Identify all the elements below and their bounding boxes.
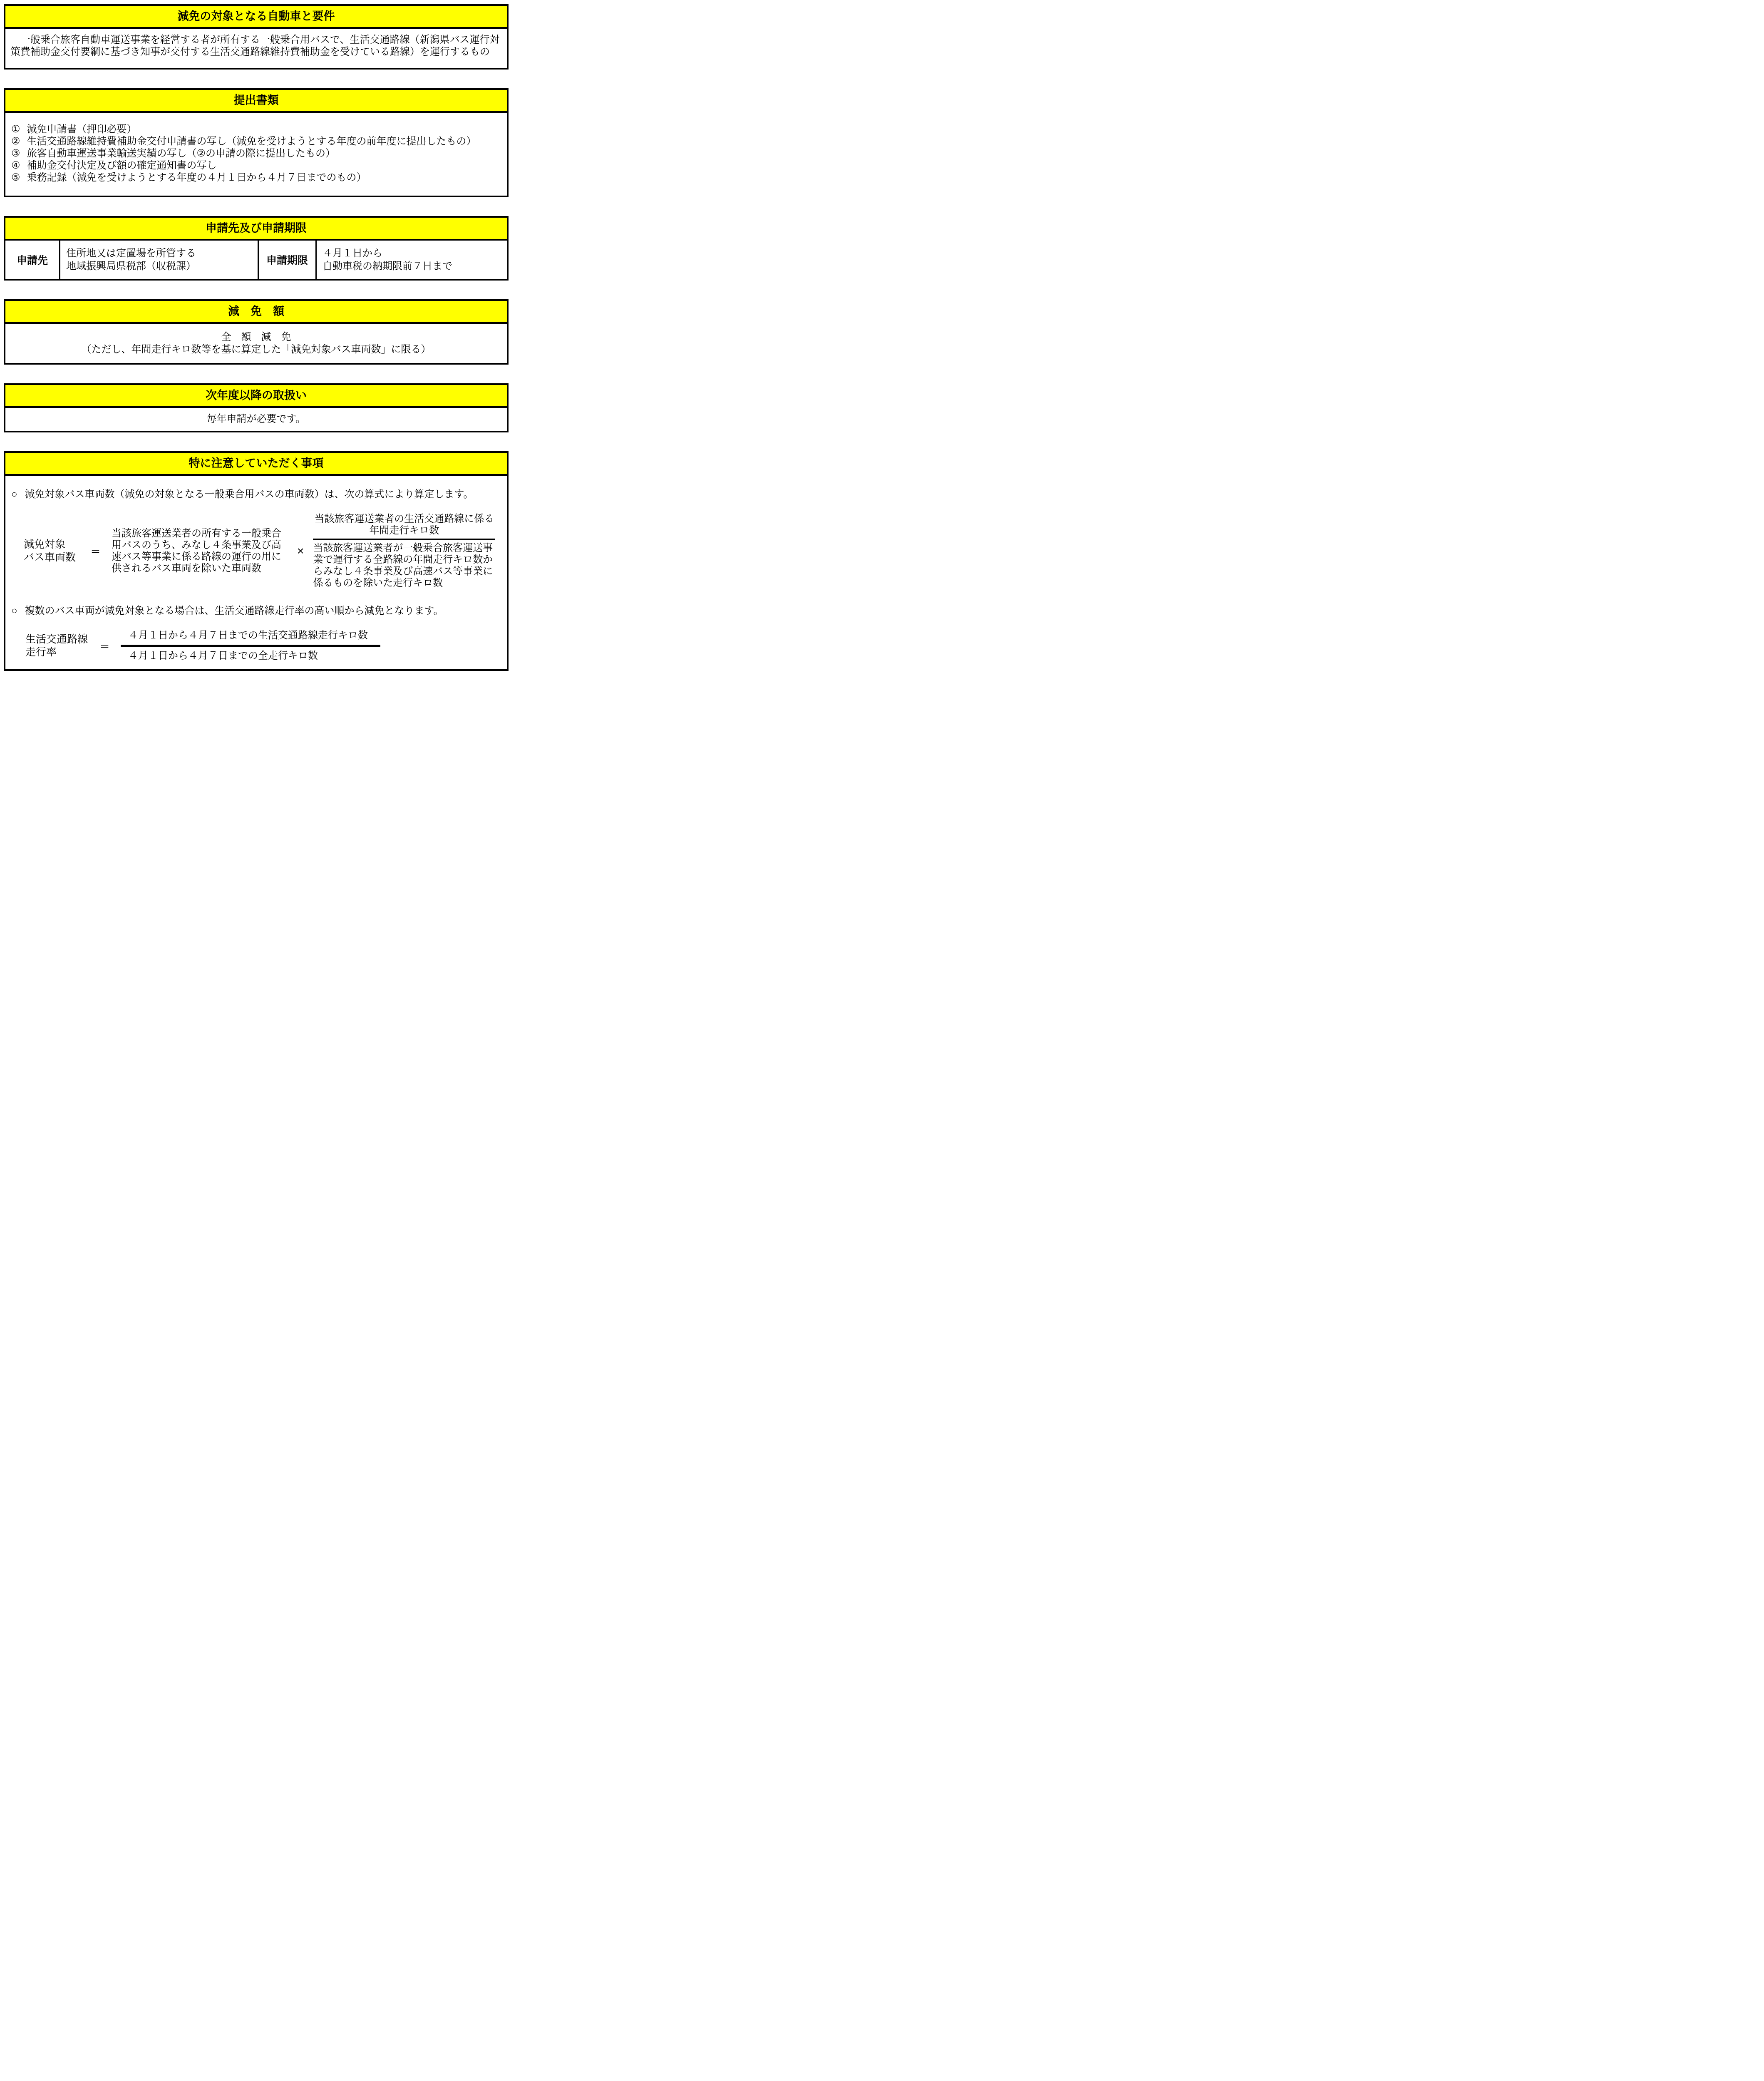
amount-note-line: （ただし、年間走行キロ数等を基に算定した「減免対象バス車両数」に限る） [8, 343, 504, 356]
multiply-sign: × [297, 544, 304, 558]
item-text: 乗務記録（減免を受けようとする年度の４月１日から４月７日までのもの） [27, 172, 367, 184]
item-text: 旅客自動車運送事業輸送実績の写し（②の申請の際に提出したもの） [27, 148, 336, 159]
formula2-numerator: ４月１日から４月７日までの生活交通路線走行キロ数 [121, 630, 380, 647]
section-amount-header: 減 免 額 [5, 301, 507, 324]
formula1-factor: 当該旅客運送業者の所有する一般乗合用バスのうち、みなし４条事業及び高速バス等事業… [112, 528, 286, 574]
section-next-year: 次年度以降の取扱い 毎年申請が必要です。 [4, 383, 509, 432]
circle-bullet-icon: ○ [11, 605, 17, 617]
application-destination-value: 住所地又は定置場を所管する 地域振興局県税部（収税課） [60, 241, 259, 279]
section-documents-body: ① 減免申請書（押印必要） ② 生活交通路線維持費補助金交付申請書の写し（減免を… [5, 113, 507, 196]
formula2-denominator: ４月１日から４月７日までの全走行キロ数 [121, 647, 380, 662]
section-notes-header: 特に注意していただく事項 [5, 453, 507, 476]
item-number: ③ [11, 148, 20, 159]
formula1-denominator: 当該旅客運送業者が一般乗合旅客運送事業で運行する全路線の年間走行キロ数からみなし… [313, 540, 495, 589]
deadline-line: ４月１日から [323, 247, 504, 260]
application-destination-label: 申請先 [5, 241, 60, 279]
item-number: ⑤ [11, 172, 20, 184]
formula1-numerator: 当該旅客運送業者の生活交通路線に係る年間走行キロ数 [313, 513, 495, 540]
section-documents: 提出書類 ① 減免申請書（押印必要） ② 生活交通路線維持費補助金交付申請書の写… [4, 88, 509, 197]
formula1-label-line: バス車両数 [24, 551, 82, 564]
section-notes: 特に注意していただく事項 ○ 減免対象バス車両数（減免の対象となる一般乗合用バス… [4, 451, 509, 671]
document-item: ⑤ 乗務記録（減免を受けようとする年度の４月１日から４月７日までのもの） [11, 172, 502, 184]
deadline-line: 自動車税の納期限前７日まで [323, 260, 504, 273]
item-number: ② [11, 136, 20, 147]
document-item: ③ 旅客自動車運送事業輸送実績の写し（②の申請の際に提出したもの） [11, 148, 502, 159]
section-application-header: 申請先及び申請期限 [5, 218, 507, 241]
formula1-label-line: 減免対象 [24, 538, 82, 551]
formula1-label: 減免対象 バス車両数 [24, 538, 82, 564]
formula2-label-line: 走行率 [25, 646, 91, 659]
document-item: ② 生活交通路線維持費補助金交付申請書の写し（減免を受けようとする年度の前年度に… [11, 136, 502, 147]
item-text: 減免申請書（押印必要） [27, 124, 137, 135]
formula2-label: 生活交通路線 走行率 [25, 633, 91, 659]
amount-main-line: 全 額 減 免 [8, 331, 504, 343]
notes-bullet-2: ○ 複数のバス車両が減免対象となる場合は、生活交通路線走行率の高い順から減免とな… [11, 605, 499, 617]
equals-sign: ＝ [99, 638, 110, 653]
formula2-label-line: 生活交通路線 [25, 633, 91, 646]
notes-bullet-1-text: 減免対象バス車両数（減免の対象となる一般乗合用バスの車両数）は、次の算式により算… [25, 488, 474, 501]
section-next-year-header: 次年度以降の取扱い [5, 385, 507, 408]
destination-line: 住所地又は定置場を所管する [66, 247, 254, 260]
notes-bullet-1: ○ 減免対象バス車両数（減免の対象となる一般乗合用バスの車両数）は、次の算式によ… [11, 488, 499, 501]
route-ratio-formula: 生活交通路線 走行率 ＝ ４月１日から４月７日までの生活交通路線走行キロ数 ４月… [25, 630, 499, 662]
section-next-year-body: 毎年申請が必要です。 [5, 408, 507, 431]
section-notes-body: ○ 減免対象バス車両数（減免の対象となる一般乗合用バスの車両数）は、次の算式によ… [5, 476, 507, 669]
formula2-numerator-row: ４月１日から４月７日までの生活交通路線走行キロ数 [121, 630, 380, 647]
document-item: ④ 補助金交付決定及び額の確定通知書の写し [11, 160, 502, 171]
section-documents-header: 提出書類 [5, 90, 507, 113]
item-number: ④ [11, 160, 20, 171]
section-amount: 減 免 額 全 額 減 免 （ただし、年間走行キロ数等を基に算定した「減免対象バ… [4, 299, 509, 365]
bus-count-formula: 減免対象 バス車両数 ＝ 当該旅客運送業者の所有する一般乗合用バスのうち、みなし… [24, 513, 499, 589]
document-item: ① 減免申請書（押印必要） [11, 124, 502, 135]
flyer-page: 減免の対象となる自動車と要件 一般乗合旅客自動車運送事業を経営する者が所有する一… [0, 4, 513, 674]
section-application: 申請先及び申請期限 申請先 住所地又は定置場を所管する 地域振興局県税部（収税課… [4, 216, 509, 281]
item-number: ① [11, 124, 20, 135]
section-amount-body: 全 額 減 免 （ただし、年間走行キロ数等を基に算定した「減免対象バス車両数」に… [5, 324, 507, 363]
section-eligibility-header: 減免の対象となる自動車と要件 [5, 6, 507, 29]
section-eligibility-body: 一般乗合旅客自動車運送事業を経営する者が所有する一般乗合用バスで、生活交通路線（… [5, 29, 507, 68]
formula2-fraction: ４月１日から４月７日までの生活交通路線走行キロ数 ４月１日から４月７日までの全走… [121, 630, 380, 662]
item-text: 生活交通路線維持費補助金交付申請書の写し（減免を受けようとする年度の前年度に提出… [27, 136, 476, 147]
destination-line: 地域振興局県税部（収税課） [66, 260, 254, 273]
application-table: 申請先 住所地又は定置場を所管する 地域振興局県税部（収税課） 申請期限 ４月１… [5, 241, 507, 279]
item-text: 補助金交付決定及び額の確定通知書の写し [27, 160, 217, 171]
application-deadline-label: 申請期限 [259, 241, 317, 279]
application-deadline-value: ４月１日から 自動車税の納期限前７日まで [317, 241, 507, 279]
formula1-fraction: 当該旅客運送業者の生活交通路線に係る年間走行キロ数 当該旅客運送業者が一般乗合旅… [313, 513, 495, 589]
notes-bullet-2-text: 複数のバス車両が減免対象となる場合は、生活交通路線走行率の高い順から減免となりま… [25, 605, 444, 617]
section-eligibility: 減免の対象となる自動車と要件 一般乗合旅客自動車運送事業を経営する者が所有する一… [4, 4, 509, 70]
equals-sign: ＝ [90, 544, 101, 559]
circle-bullet-icon: ○ [11, 488, 17, 501]
